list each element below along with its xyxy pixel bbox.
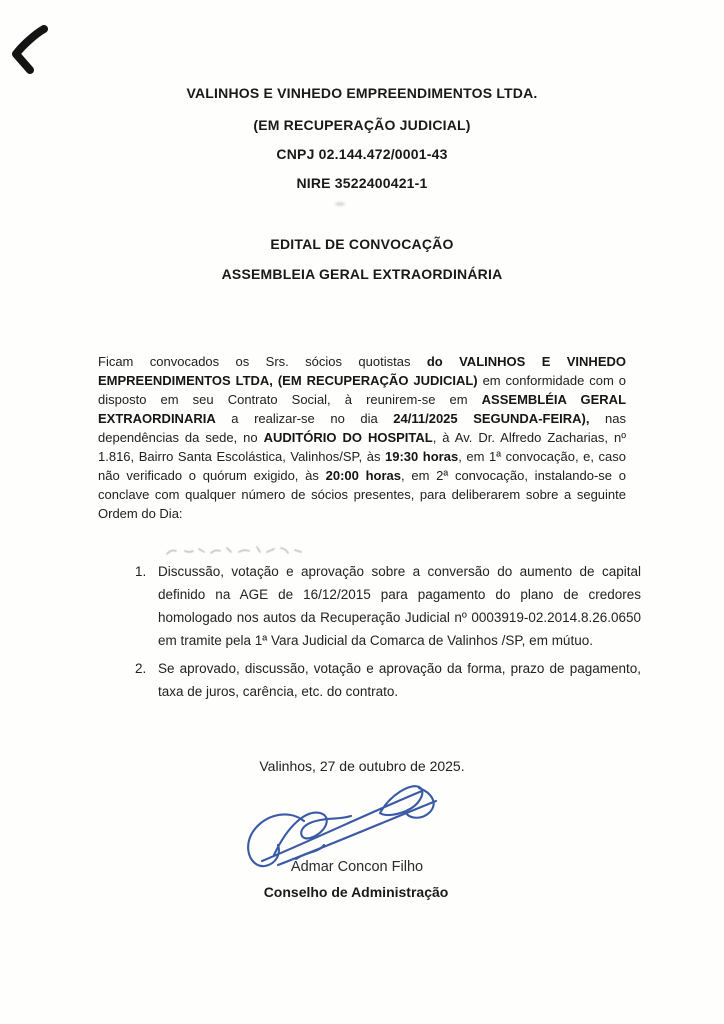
document-title: EDITAL DE CONVOCAÇÃO <box>0 236 724 252</box>
list-item: 2.Se aprovado, discussão, votação e apro… <box>135 657 641 703</box>
signatory-name: Admar Concon Filho <box>0 859 714 875</box>
company-cnpj: CNPJ 02.144.472/0001-43 <box>0 146 724 162</box>
body-segment-bold: 24/11/2025 SEGUNDA-FEIRA), <box>393 411 589 426</box>
list-item-number: 2. <box>135 657 158 703</box>
body-segment-bold: 20:00 horas <box>326 468 401 483</box>
list-item-text: Se aprovado, discussão, votação e aprova… <box>158 657 641 703</box>
document-subtitle: ASSEMBLEIA GERAL EXTRAORDINÁRIA <box>0 266 724 282</box>
company-name: VALINHOS E VINHEDO EMPREENDIMENTOS LTDA. <box>0 85 724 101</box>
body-segment: a realizar-se no dia <box>216 411 394 426</box>
body-segment-bold: 19:30 horas <box>385 449 458 464</box>
scan-speck-artifact <box>335 202 345 206</box>
signature-strokes <box>248 786 436 866</box>
body-segment: Ficam convocados os Srs. sócios quotista… <box>98 354 427 369</box>
list-item-number: 1. <box>135 560 158 652</box>
document-page: VALINHOS E VINHEDO EMPREENDIMENTOS LTDA.… <box>0 0 724 1024</box>
company-status-line: (EM RECUPERAÇÃO JUDICIAL) <box>0 117 724 133</box>
list-item: 1.Discussão, votação e aprovação sobre a… <box>135 560 641 652</box>
staple-mark-artifact <box>9 25 51 75</box>
date-line: Valinhos, 27 de outubro de 2025. <box>0 758 724 774</box>
company-nire: NIRE 3522400421-1 <box>0 175 724 191</box>
pencil-smudge-artifact <box>163 542 308 560</box>
body-paragraph: Ficam convocados os Srs. sócios quotista… <box>98 352 626 523</box>
signature-tail <box>296 845 324 859</box>
signature-middle-knot <box>274 813 351 855</box>
list-item-text: Discussão, votação e aprovação sobre a c… <box>158 560 641 652</box>
agenda-list: 1.Discussão, votação e aprovação sobre a… <box>135 560 641 708</box>
signatory-role: Conselho de Administração <box>0 884 712 900</box>
pencil-smudge-stroke <box>167 547 301 554</box>
staple-mark-stroke <box>16 29 44 70</box>
signature-diagonal-1 <box>262 791 422 861</box>
body-segment-bold: AUDITÓRIO DO HOSPITAL <box>264 430 433 445</box>
